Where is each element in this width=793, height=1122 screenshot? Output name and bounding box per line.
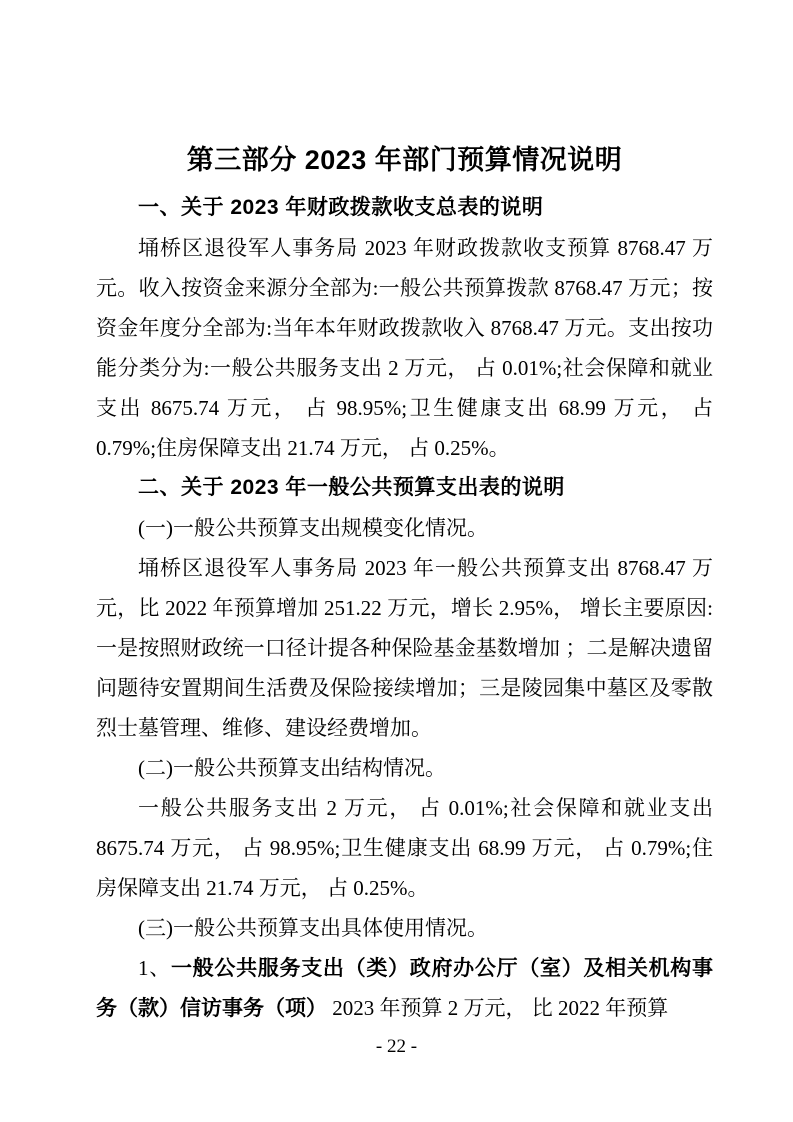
section-1-heading: 一、关于 2023 年财政拨款收支总表的说明 — [96, 188, 713, 228]
section-2-heading: 二、关于 2023 年一般公共预算支出表的说明 — [96, 468, 713, 508]
page-number: - 22 - — [0, 1032, 793, 1062]
section-2-subheading-3: (三)一般公共预算支出具体使用情况。 — [96, 908, 713, 948]
section-2-subheading-1: (一)一般公共预算支出规模变化情况。 — [96, 508, 713, 548]
item-1-rest-text: 2023 年预算 2 万元， 比 2022 年预算 — [327, 996, 668, 1020]
document-content: 第三部分 2023 年部门预算情况说明 一、关于 2023 年财政拨款收支总表的… — [96, 138, 713, 1028]
item-1-number: 1、 — [138, 956, 171, 980]
section-2-paragraph-1: 埇桥区退役军人事务局 2023 年一般公共预算支出 8768.47 万元，比 2… — [96, 548, 713, 748]
document-page: 第三部分 2023 年部门预算情况说明 一、关于 2023 年财政拨款收支总表的… — [0, 0, 793, 1122]
section-1-paragraph: 埇桥区退役军人事务局 2023 年财政拨款收支预算 8768.47 万元。收入按… — [96, 228, 713, 468]
section-2-paragraph-2: 一般公共服务支出 2 万元， 占 0.01%;社会保障和就业支出 8675.74… — [96, 788, 713, 908]
section-2-item-1-paragraph: 1、一般公共服务支出（类）政府办公厅（室）及相关机构事务（款）信访事务（项） 2… — [96, 948, 713, 1028]
section-2-subheading-2: (二)一般公共预算支出结构情况。 — [96, 748, 713, 788]
document-title: 第三部分 2023 年部门预算情况说明 — [96, 138, 713, 182]
